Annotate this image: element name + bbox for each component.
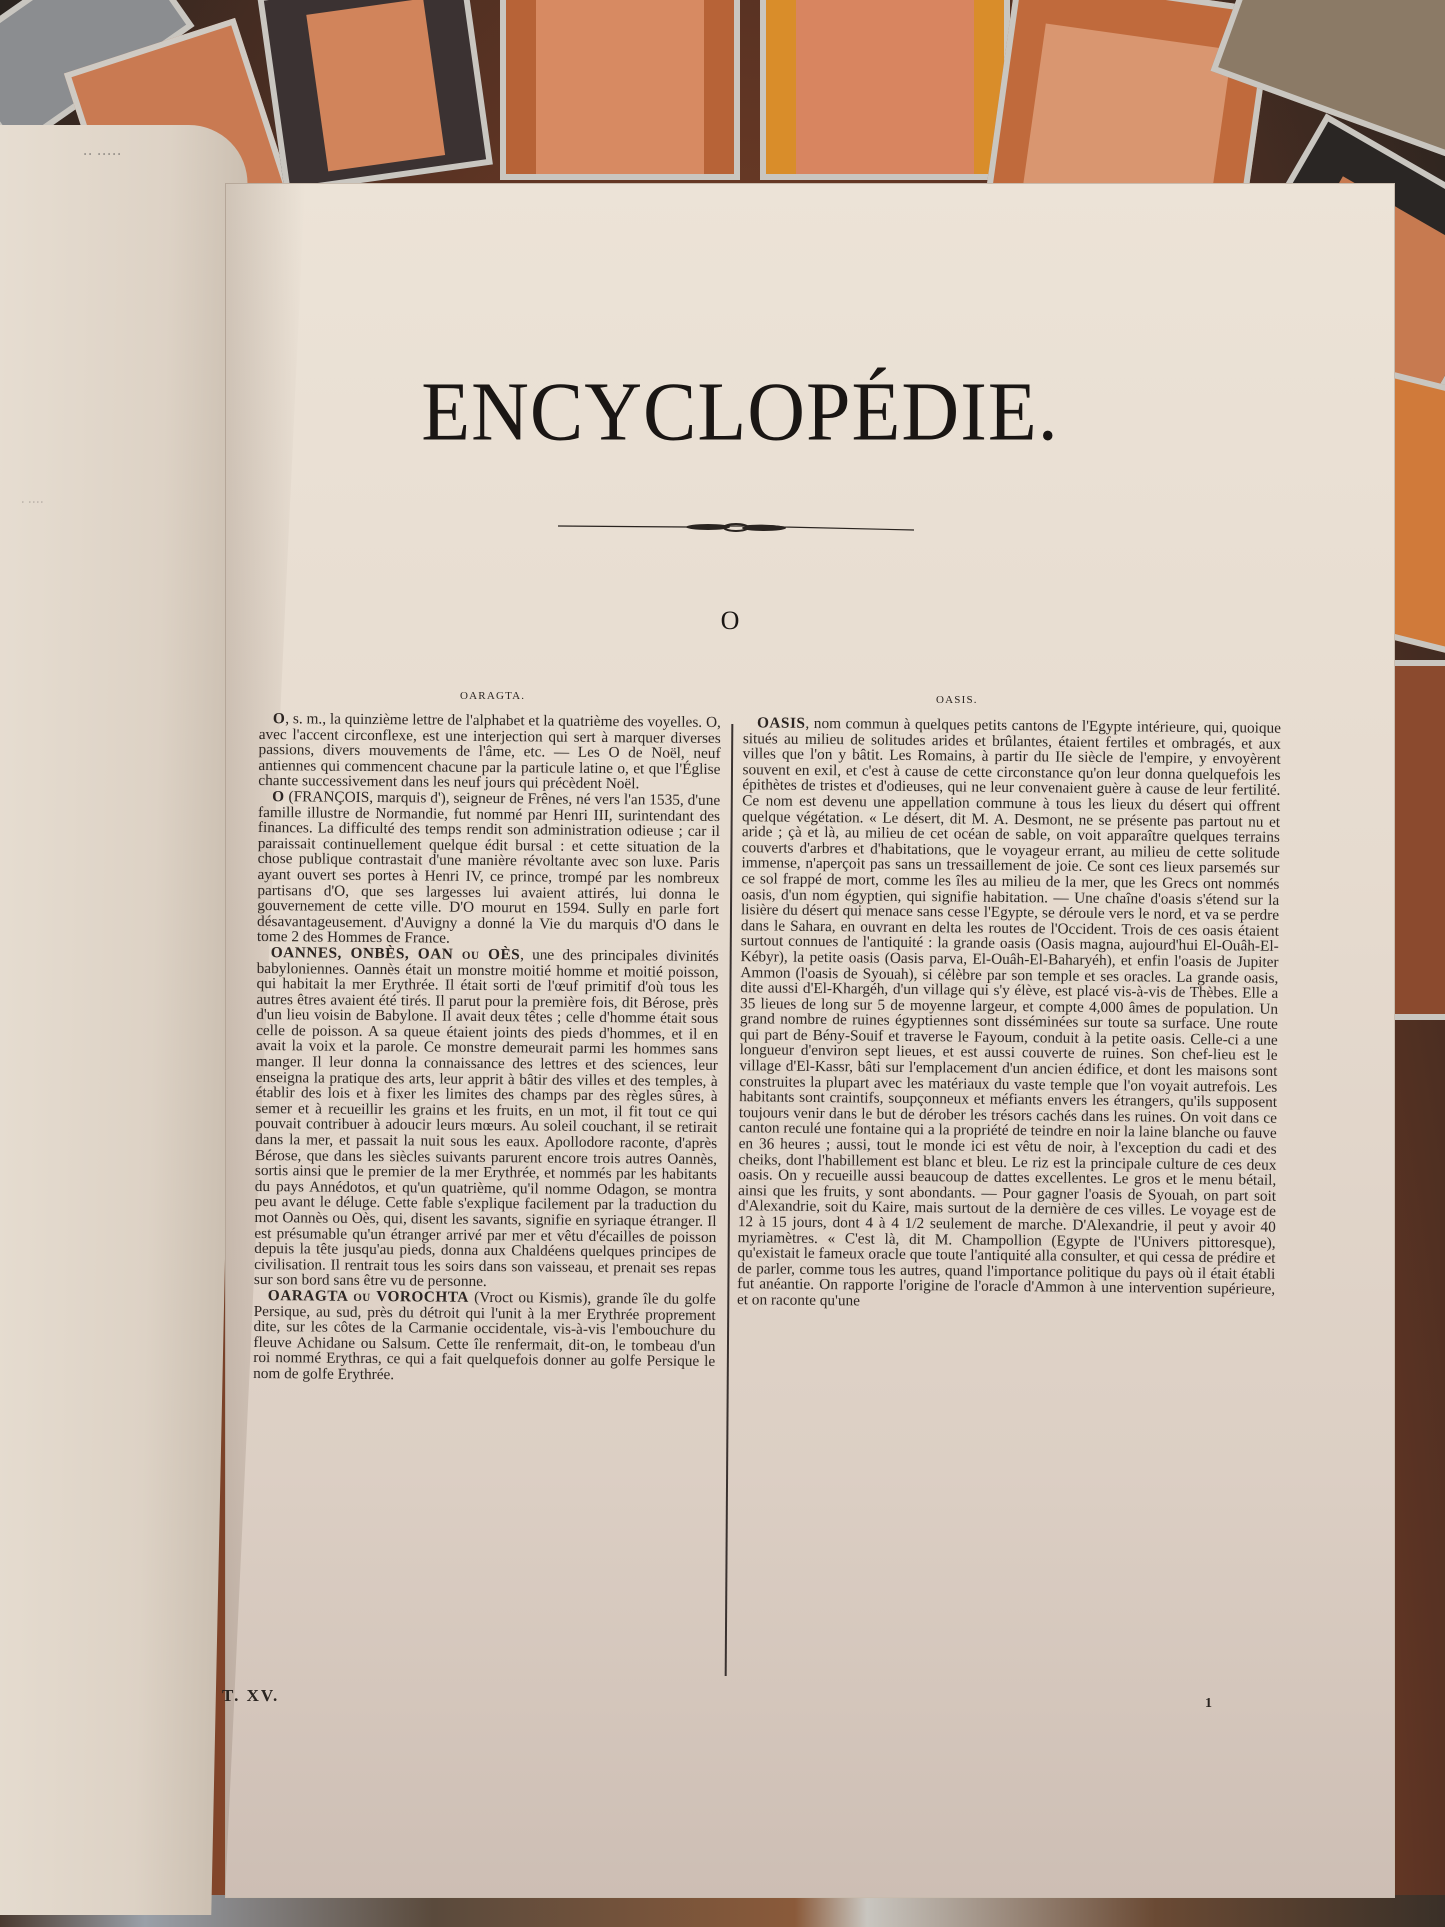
running-head-right: OASIS. <box>936 694 978 706</box>
running-head-left: OARAGTA. <box>460 690 525 702</box>
volume-signature: T. XV. <box>222 1686 279 1706</box>
entry-text: (Vroct ou Kismis), grande île du golfe P… <box>253 1289 716 1383</box>
column-right: OASIS, nom commun à quelques petits cant… <box>737 715 1281 1313</box>
ornament-rule-icon <box>558 518 914 536</box>
headword: O <box>273 710 286 727</box>
entry-text: (FRANÇOIS, marquis d'), seigneur de Frên… <box>257 788 720 947</box>
tile <box>500 0 740 180</box>
left-page[interactable]: ·· ····· · ···· <box>0 125 249 1915</box>
entry: OANNES, ONBÈS, OAN ou OÈS, une des princ… <box>254 945 719 1292</box>
bleed-through-text: ·· ····· <box>83 147 122 162</box>
entry-text: , s. m., la quinzième lettre de l'alphab… <box>258 710 721 792</box>
headword: O <box>272 788 285 805</box>
entry: O, s. m., la quinzième lettre de l'alpha… <box>258 711 721 793</box>
page-title: ENCYCLOPÉDIE. <box>410 370 1070 454</box>
entry: OASIS, nom commun à quelques petits cant… <box>737 715 1281 1313</box>
column-left: O, s. m., la quinzième lettre de l'alpha… <box>253 711 721 1386</box>
bleed-through-text: · ···· <box>21 495 44 510</box>
entry-text: , une des principales divinités babyloni… <box>254 946 719 1290</box>
tile <box>760 0 1010 180</box>
entry-text: , nom commun à quelques petits cantons d… <box>737 715 1281 1310</box>
tile <box>257 0 493 194</box>
page-edges-strip <box>0 1895 1445 1927</box>
entry: OARAGTA ou VOROCHTA (Vroct ou Kismis), g… <box>253 1288 716 1386</box>
entry: O (FRANÇOIS, marquis d'), seigneur de Fr… <box>257 789 720 949</box>
section-letter: O <box>700 606 760 636</box>
page-number: 1 <box>1205 1696 1212 1712</box>
